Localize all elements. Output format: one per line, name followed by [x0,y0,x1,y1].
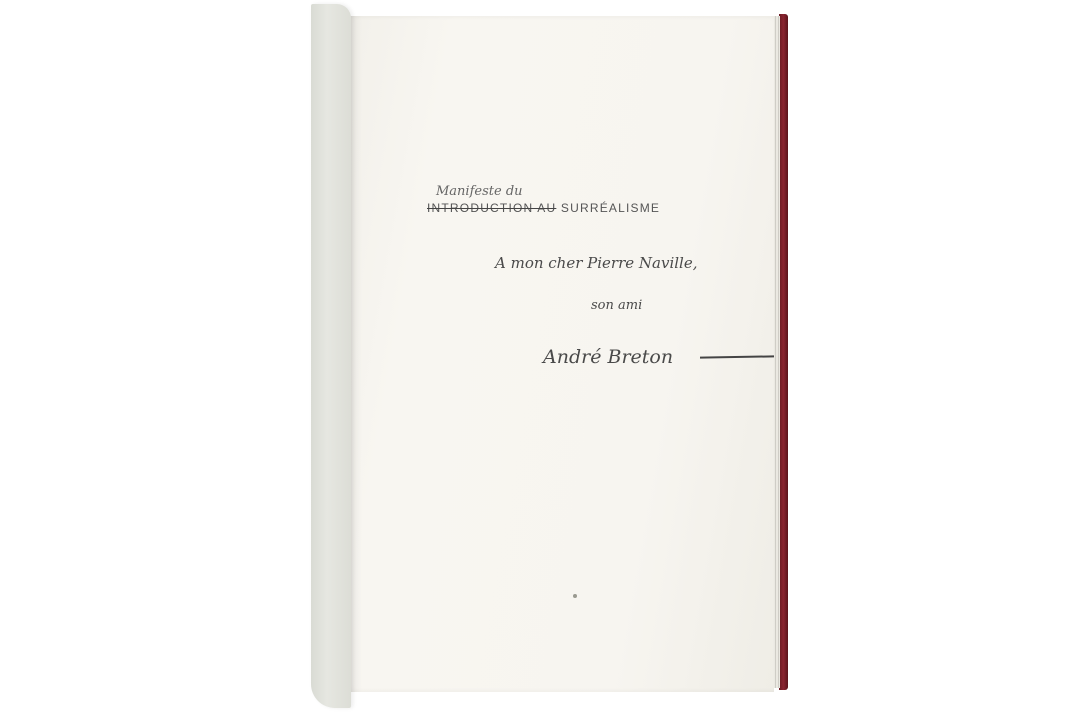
book-photo: Manifeste du INTRODUCTION AU SURRÉALISME… [0,0,1074,716]
handwritten-correction: Manifeste du [436,184,523,199]
signature: André Breton [543,346,673,368]
paper-speck [573,594,577,598]
title-remaining: SURRÉALISME [561,201,660,215]
red-cover-edge [779,14,788,690]
flyleaf [311,4,351,708]
struck-title-words: INTRODUCTION AU [427,201,556,215]
printed-title: INTRODUCTION AU SURRÉALISME [427,201,660,215]
inscription-line-2: son ami [591,298,642,313]
inscription-line-1: A mon cher Pierre Naville, [495,254,698,272]
